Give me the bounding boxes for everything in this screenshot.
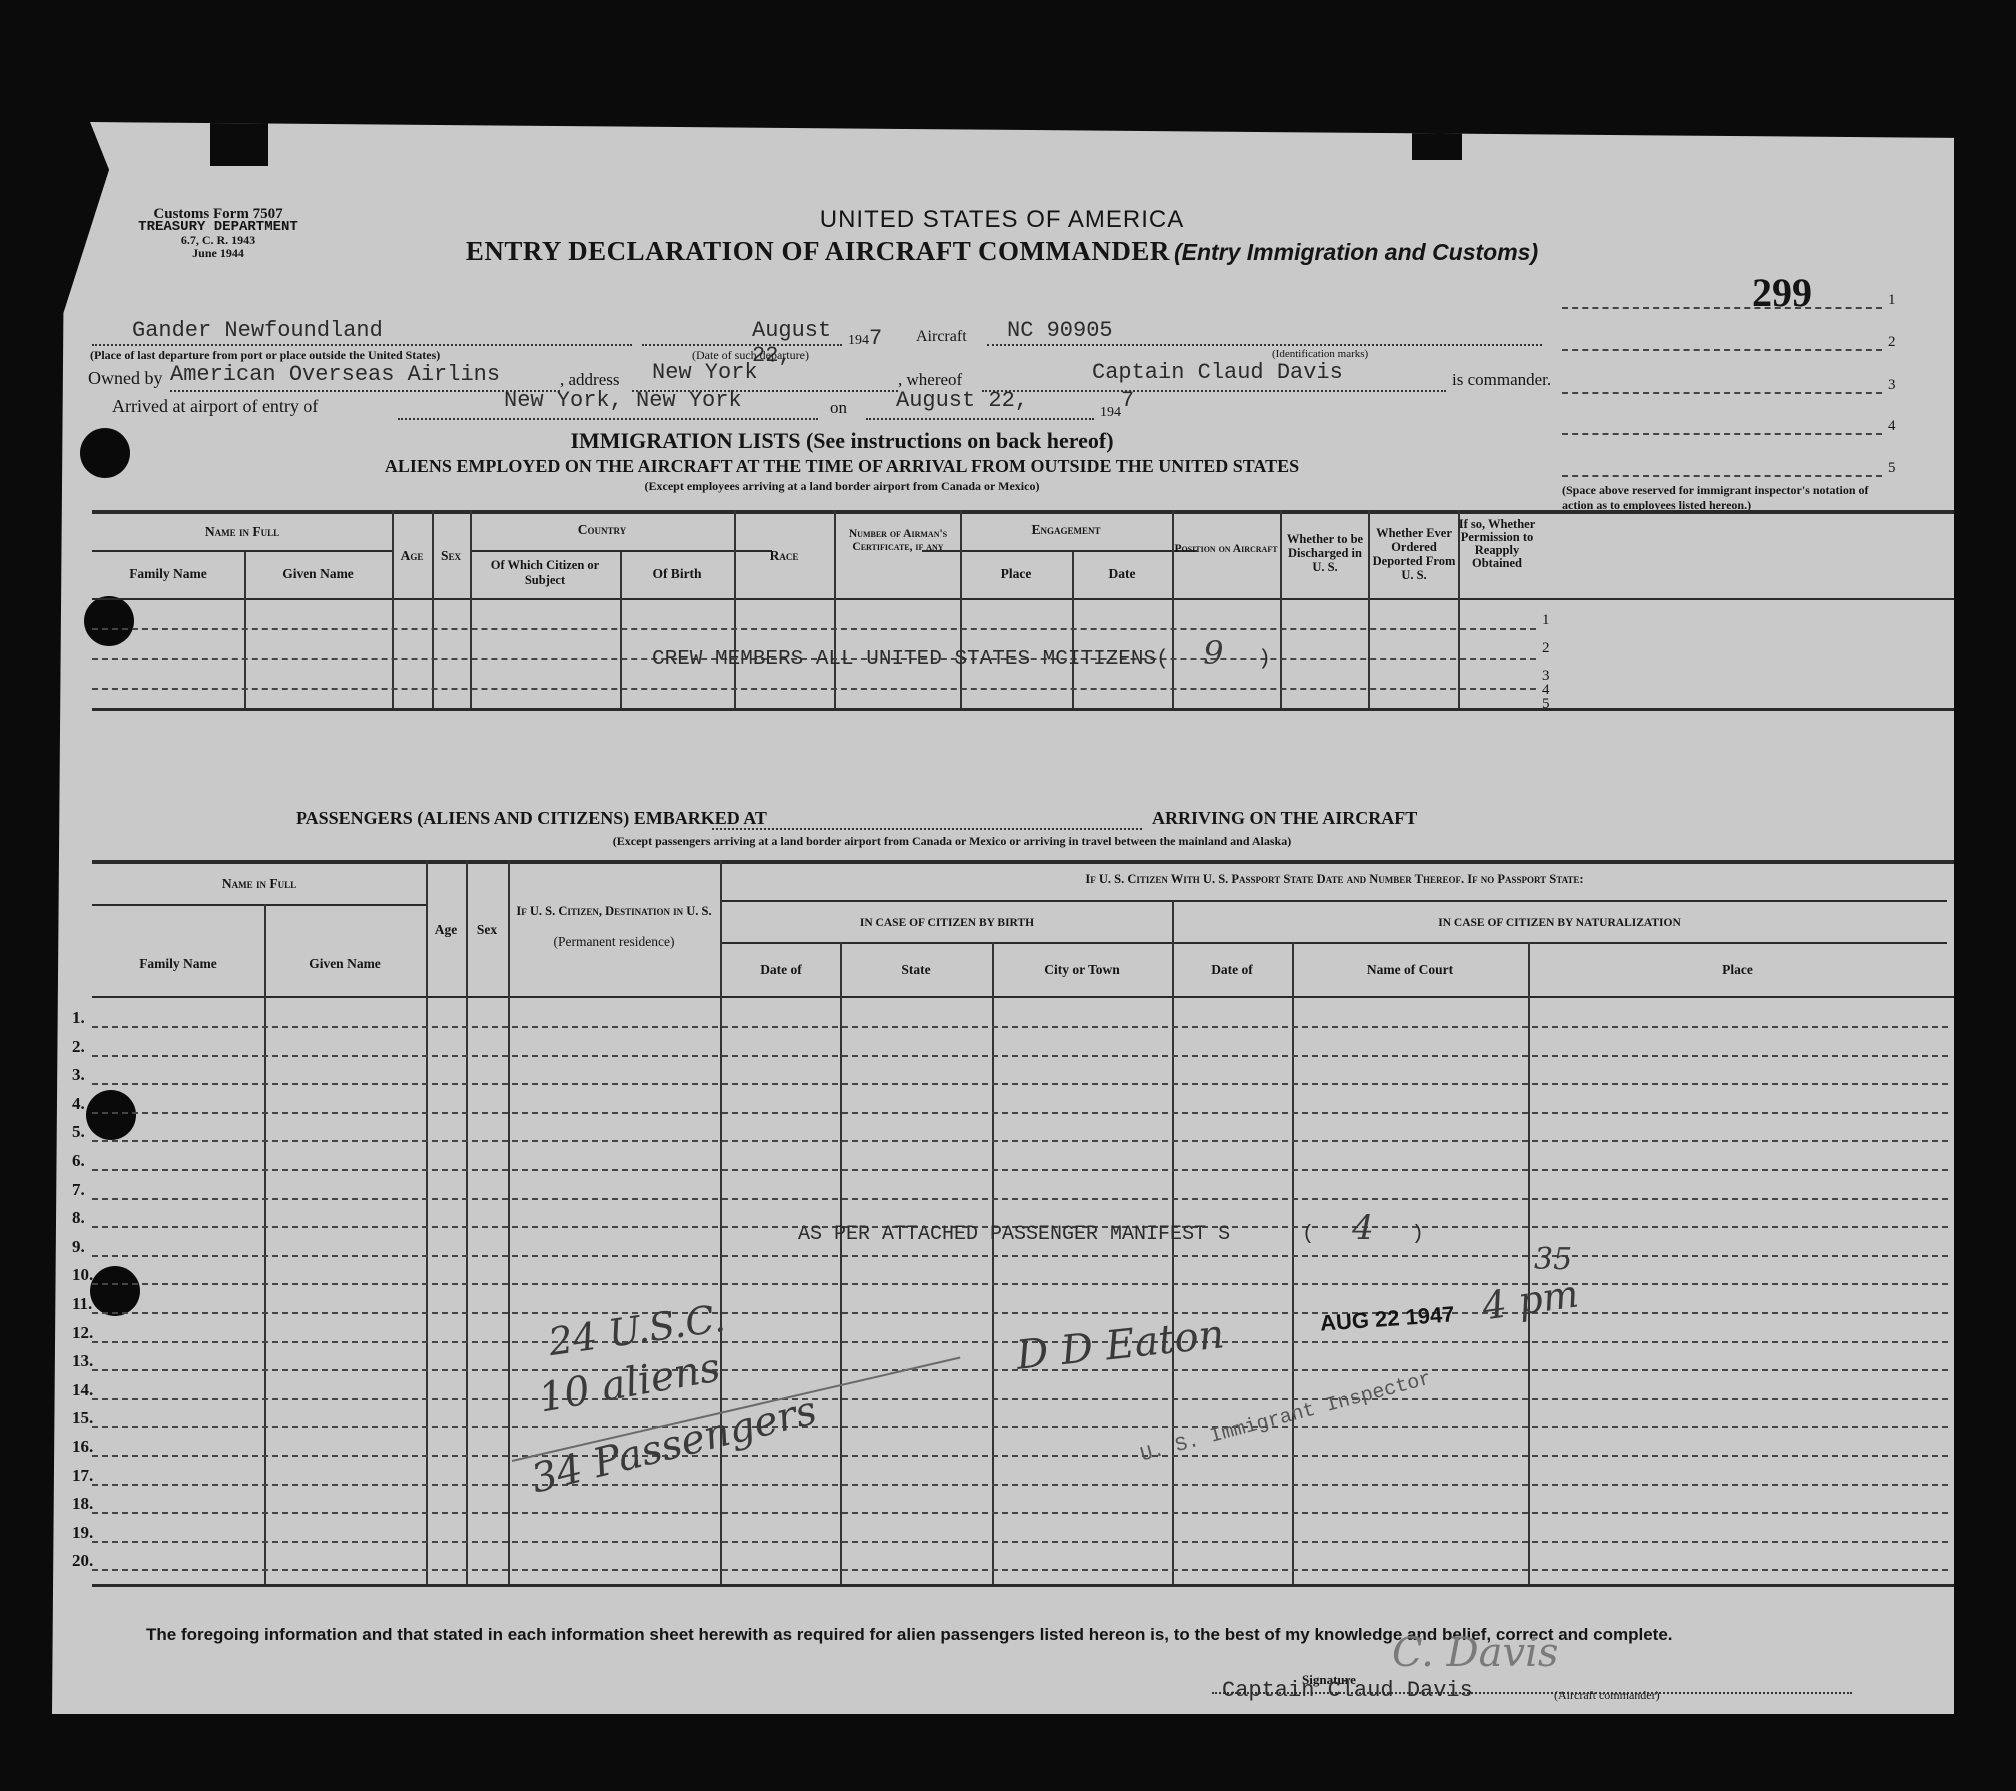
passenger-row-number: 13.: [72, 1351, 93, 1371]
passenger-row-line: [92, 1426, 1948, 1428]
address-value: New York: [652, 360, 758, 385]
handwritten-signature: C. Davis: [1392, 1630, 1558, 1676]
row-number: 2: [1542, 640, 1550, 657]
line-number: 3: [1888, 377, 1896, 394]
col-header-place: Place: [960, 566, 1072, 581]
passenger-row-number: 7.: [72, 1180, 85, 1200]
col-header-nat-date: Date of: [1172, 962, 1292, 977]
passenger-row-number: 1.: [72, 1008, 85, 1028]
crew-typed-entry: CREW MEMBERS ALL UNITED STATES MCITIZENS…: [652, 634, 1271, 672]
table-border: [92, 860, 1956, 864]
col-header-given: Given Name: [264, 956, 426, 971]
passenger-row-number: 17.: [72, 1466, 93, 1486]
arrival-year: 1947: [1100, 398, 1134, 423]
table-border: [92, 708, 1956, 711]
col-header-permission: If so, Whether Permission to Reapply Obt…: [1458, 518, 1536, 570]
passenger-table: Name in Full Family Name Given Name Age …: [92, 860, 1956, 1590]
col-header-of-birth: Of Birth: [620, 566, 734, 581]
passenger-row-line: [92, 1198, 1948, 1200]
line-number: 1: [1888, 292, 1896, 309]
line-number: 4: [1888, 418, 1896, 435]
passenger-row-line: [92, 1455, 1948, 1457]
col-header-nat-court: Name of Court: [1292, 962, 1528, 977]
departure-year: 1947: [848, 326, 882, 351]
col-header-engagement: Engagement: [960, 522, 1172, 537]
inspector-note: (Space above reserved for immigrant insp…: [1562, 483, 1902, 513]
passenger-row-number: 18.: [72, 1494, 93, 1514]
arrival-date-field[interactable]: August 22,: [866, 396, 1094, 420]
certification-statement: The foregoing information and that state…: [98, 1624, 1948, 1646]
passenger-row-line: [92, 1398, 1948, 1400]
year-suffix: 7: [1121, 388, 1134, 413]
col-divider: [470, 510, 472, 710]
passenger-row-number: 2.: [72, 1037, 85, 1057]
col-header-name: Name in Full: [92, 524, 392, 539]
passengers-title-left: PASSENGERS (ALIENS AND CITIZENS) EMBARKE…: [296, 808, 767, 829]
table-border: [92, 904, 427, 906]
col-divider: [840, 942, 842, 1584]
col-header-birth-date: Date of: [722, 962, 840, 977]
col-header-citizen-of: Of Which Citizen or Subject: [470, 558, 620, 588]
passengers-note: (Except passengers arriving at a land bo…: [352, 834, 1552, 849]
col-header-destination: If U. S. Citizen, Destination in U. S.: [512, 904, 716, 918]
table-border: [92, 996, 1956, 998]
crew-table: Name in Full Family Name Given Name Age …: [92, 510, 1956, 710]
col-header-given: Given Name: [244, 566, 392, 581]
year-prefix: 194: [848, 333, 869, 348]
aircraft-caption: (Identification marks): [1272, 348, 1368, 360]
table-border: [92, 550, 392, 552]
signature-typed-name: Captain Claud Davis: [1222, 1678, 1473, 1703]
year-prefix: 194: [1100, 405, 1121, 420]
notation-line: [1562, 392, 1882, 394]
table-border: [722, 900, 1947, 902]
departure-place-caption: (Place of last departure from port or pl…: [90, 348, 440, 363]
arrival-on-label: on: [830, 398, 847, 418]
col-divider: [392, 510, 394, 710]
arrival-label: Arrived at airport of entry of: [112, 396, 318, 417]
col-header-birth-city: City or Town: [992, 962, 1172, 977]
paper-tear: [210, 118, 268, 166]
form-title: ENTRY DECLARATION OF AIRCRAFT COMMANDER: [466, 236, 1170, 266]
immigration-lists-heading: IMMIGRATION LISTS (See instructions on b…: [152, 428, 1532, 494]
passenger-row-line: [92, 1026, 1948, 1028]
paper-tear: [1412, 118, 1462, 160]
manifest-open-paren: (: [1302, 1223, 1314, 1246]
address-label: , address: [560, 370, 619, 390]
line-number: 2: [1888, 334, 1896, 351]
col-header-sex: Sex: [466, 922, 508, 937]
col-header-age: Age: [426, 922, 466, 937]
col-header-age: Age: [392, 548, 432, 563]
passenger-row-line: [92, 1140, 1948, 1142]
table-border: [92, 598, 1956, 600]
owner-value: American Overseas Airlins: [170, 362, 500, 387]
title-block: UNITED STATES OF AMERICA ENTRY DECLARATI…: [352, 206, 1652, 267]
passenger-row-number: 15.: [72, 1408, 93, 1428]
passenger-row-line: [92, 1283, 1948, 1285]
inspector-notation-box: 299 1 2 3 4 5 (Space above reserved for …: [1562, 277, 1902, 527]
arrival-date-value: August 22,: [896, 388, 1028, 413]
col-divider: [264, 904, 266, 1584]
manifest-count: 4: [1352, 1208, 1374, 1248]
time-mark: 4 pm: [1479, 1271, 1581, 1328]
manifest-close-paren: ): [1412, 1223, 1424, 1246]
passengers-title-right: ARRIVING ON THE AIRCRAFT: [1152, 808, 1417, 829]
punch-hole: [80, 428, 130, 478]
passenger-row-number: 11.: [72, 1294, 92, 1314]
date-stamp: AUG 22 1947: [1319, 1301, 1455, 1336]
aircraft-value: NC 90905: [1007, 318, 1113, 343]
col-header-discharged: Whether to be Discharged in U. S.: [1282, 532, 1368, 574]
signature-role: (Aircraft commander): [1554, 1688, 1660, 1703]
table-border: [472, 550, 772, 552]
passenger-row-number: 16.: [72, 1437, 93, 1457]
passenger-row-line: [92, 1484, 1948, 1486]
passenger-row-number: 12.: [72, 1323, 93, 1343]
form-meta: Customs Form 7507 TREASURY DEPARTMENT 6.…: [88, 208, 348, 260]
passenger-row-line: [92, 1112, 1948, 1114]
col-header-birth-state: State: [840, 962, 992, 977]
commander-field[interactable]: Captain Claud Davis: [982, 368, 1446, 392]
col-divider: [992, 942, 994, 1584]
passenger-row-number: 6.: [72, 1151, 85, 1171]
notation-line: [1562, 307, 1882, 309]
col-header-race: Race: [734, 548, 834, 563]
col-header-sex: Sex: [432, 548, 470, 563]
passenger-row-line: [92, 1083, 1948, 1085]
col-header-name: Name in Full: [92, 876, 426, 891]
col-divider: [1292, 942, 1294, 1584]
crew-row-line: [92, 688, 1536, 690]
passenger-row-number: 3.: [72, 1065, 85, 1085]
passenger-row-line: [92, 1312, 1948, 1314]
crew-close-paren: ): [1258, 648, 1271, 671]
form-document: Customs Form 7507 TREASURY DEPARTMENT 6.…: [52, 122, 1954, 1714]
col-divider: [432, 510, 434, 710]
year-suffix: 7: [869, 326, 882, 351]
col-header-family: Family Name: [92, 956, 264, 971]
passenger-typed-entry: AS PER ATTACHED PASSENGER MANIFEST S ( 4…: [798, 1208, 1424, 1248]
passenger-row-line: [92, 1569, 1948, 1571]
passenger-row-number: 14.: [72, 1380, 93, 1400]
owned-by-label: Owned by: [88, 368, 163, 389]
col-header-destination-sub: (Permanent residence): [512, 934, 716, 949]
arrival-airport-value: New York, New York: [504, 388, 742, 413]
manifest-text: AS PER ATTACHED PASSENGER MANIFEST S: [798, 1223, 1230, 1246]
col-header-position: Position on Aircraft: [1172, 542, 1280, 557]
inspector-stamp: U. S. Immigrant Inspector: [1138, 1368, 1434, 1468]
col-header-deported: Whether Ever Ordered Deported From U. S.: [1370, 526, 1458, 582]
immigration-title: IMMIGRATION LISTS (See instructions on b…: [152, 428, 1532, 454]
passenger-row-number: 8.: [72, 1208, 85, 1228]
embarked-at-field[interactable]: [712, 816, 1142, 830]
edition: June 1944: [88, 247, 348, 260]
table-border: [92, 510, 1956, 514]
col-header-by-birth: In case of citizen by birth: [722, 916, 1172, 931]
col-header-family: Family Name: [92, 566, 244, 581]
col-header-by-naturalization: In case of citizen by naturalization: [1172, 916, 1947, 931]
crew-entry-text: CREW MEMBERS ALL UNITED STATES MCITIZENS…: [652, 648, 1169, 671]
aircraft-field[interactable]: NC 90905: [987, 322, 1542, 346]
departure-date-field[interactable]: August 22,: [642, 322, 842, 346]
col-header-date: Date: [1072, 566, 1172, 581]
country-heading: UNITED STATES OF AMERICA: [352, 206, 1652, 234]
passenger-row-number: 20.: [72, 1551, 93, 1571]
crew-count: 9: [1203, 634, 1223, 672]
col-divider: [960, 510, 962, 710]
departure-place-field[interactable]: Gander Newfoundland: [92, 322, 632, 346]
col-divider: [734, 510, 736, 710]
row-number: 5: [1542, 696, 1550, 713]
commander-value: Captain Claud Davis: [1092, 360, 1343, 385]
col-divider: [426, 860, 428, 1584]
notation-line: [1562, 475, 1882, 477]
departure-place-value: Gander Newfoundland: [132, 318, 383, 343]
passenger-row-number: 19.: [72, 1523, 93, 1543]
time-minutes: 35: [1534, 1242, 1572, 1277]
col-header-nat-place: Place: [1528, 962, 1947, 977]
col-divider: [1172, 510, 1174, 710]
col-header-country: Country: [470, 522, 734, 537]
immigration-subtitle: ALIENS EMPLOYED ON THE AIRCRAFT AT THE T…: [152, 456, 1532, 477]
aircraft-label: Aircraft: [916, 328, 967, 346]
passenger-row-line: [92, 1169, 1948, 1171]
whereof-label: , whereof: [898, 370, 962, 390]
col-divider: [466, 860, 468, 1584]
table-border: [92, 1584, 1956, 1587]
col-header-passport: If U. S. Citizen With U. S. Passport Sta…: [722, 872, 1947, 887]
passenger-row-line: [92, 1055, 1948, 1057]
notation-line: [1562, 349, 1882, 351]
table-border: [722, 942, 1947, 944]
owner-field[interactable]: American Overseas Airlins: [170, 368, 560, 392]
notation-line: [1562, 433, 1882, 435]
arrival-airport-field[interactable]: New York, New York: [398, 396, 818, 420]
passenger-row-number: 9.: [72, 1237, 85, 1257]
line-number: 5: [1888, 460, 1896, 477]
col-header-airman-cert: Number of Airman's Certificate, if any: [836, 528, 960, 554]
passenger-row-number: 5.: [72, 1122, 85, 1142]
crew-row-line: [92, 628, 1536, 630]
col-divider: [508, 860, 510, 1584]
passenger-row-number: 10.: [72, 1265, 93, 1285]
table-border: [922, 550, 1197, 552]
passenger-row-line: [92, 1512, 1948, 1514]
commander-suffix: is commander.: [1452, 370, 1551, 390]
passenger-row-line: [92, 1541, 1948, 1543]
form-subtitle: (Entry Immigration and Customs): [1174, 239, 1538, 265]
passenger-row-number: 4.: [72, 1094, 85, 1114]
passenger-row-line: [92, 1255, 1948, 1257]
row-number: 1: [1542, 612, 1550, 629]
col-divider: [1528, 942, 1530, 1584]
immigration-note: (Except employees arriving at a land bor…: [152, 479, 1532, 494]
